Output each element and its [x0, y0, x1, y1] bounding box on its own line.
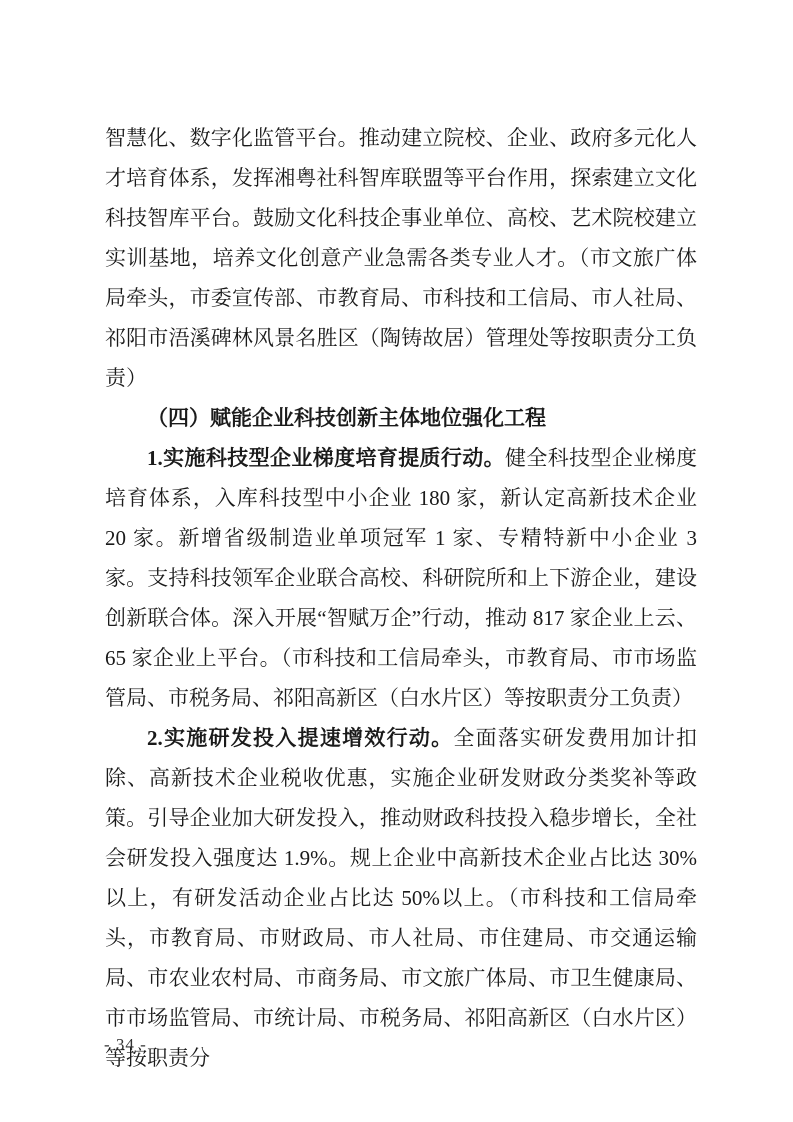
item2-body-text: 全面落实研发费用加计扣除、高新技术企业税收优惠，实施企业研发财政分类奖补等政策。…	[105, 726, 697, 1070]
paragraph-continuation: 智慧化、数字化监管平台。推动建立院校、企业、政府多元化人才培育体系，发挥湘粤社科…	[105, 118, 697, 398]
paragraph-item2: 2.实施研发投入提速增效行动。全面落实研发费用加计扣除、高新技术企业税收优惠，实…	[105, 718, 697, 1078]
section-heading: （四）赋能企业科技创新主体地位强化工程	[105, 398, 697, 438]
document-page: 智慧化、数字化监管平台。推动建立院校、企业、政府多元化人才培育体系，发挥湘粤社科…	[0, 0, 793, 1122]
paragraph-item1: 1.实施科技型企业梯度培育提质行动。健全科技型企业梯度培育体系，入库科技型中小企…	[105, 438, 697, 718]
item1-body-text: 健全科技型企业梯度培育体系，入库科技型中小企业 180 家，新认定高新技术企业 …	[105, 446, 697, 710]
page-number: - 34 -	[104, 1034, 147, 1056]
item1-lead-text: 1.实施科技型企业梯度培育提质行动。	[147, 446, 505, 470]
item2-lead-text: 2.实施研发投入提速增效行动。	[147, 726, 453, 750]
document-body: 智慧化、数字化监管平台。推动建立院校、企业、政府多元化人才培育体系，发挥湘粤社科…	[105, 118, 697, 1078]
